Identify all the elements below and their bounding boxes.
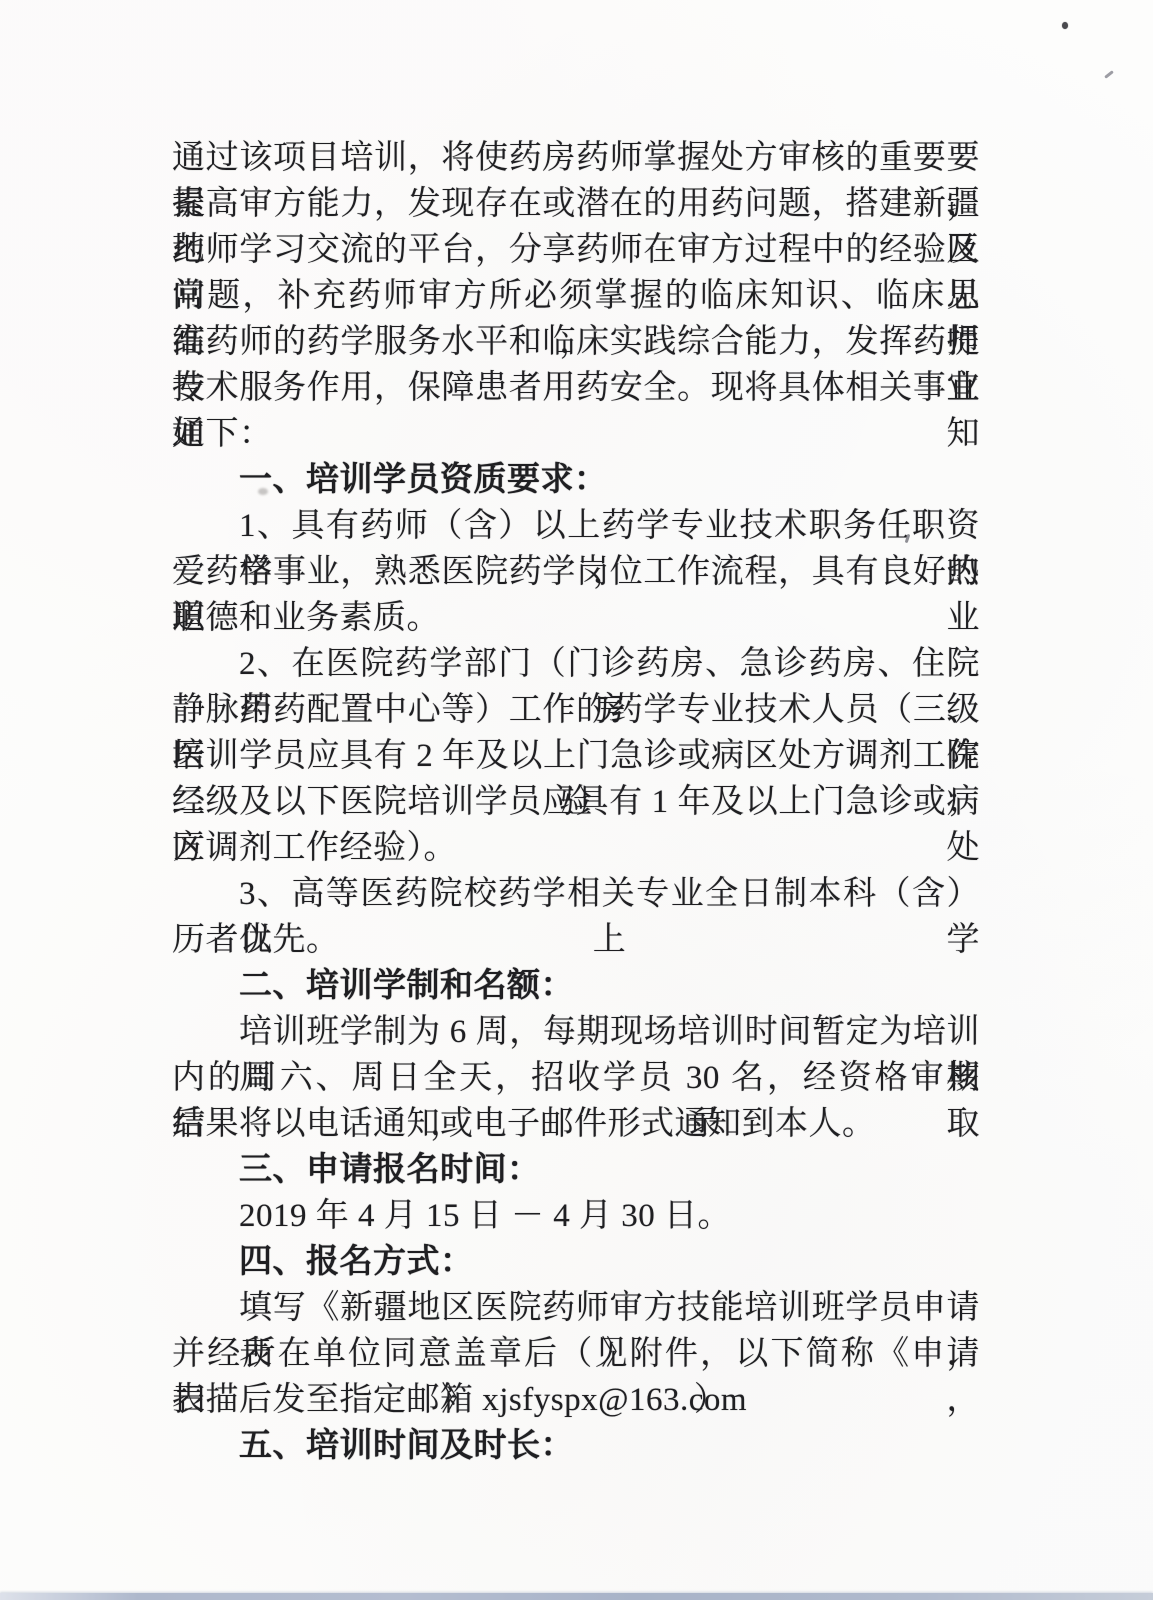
text-line: 静脉用药配置中心等）工作的药学专业技术人员（三级医院 (172, 687, 980, 733)
text-line: 爱药学事业，熟悉医院药学岗位工作流程，具有良好的职业 (172, 549, 980, 595)
text-line: 药师学习交流的平台，分享药师在审方过程中的经验及常见 (172, 227, 980, 273)
scan-speck-dot (1062, 22, 1068, 29)
text-line: 二级及以下医院培训学员应具有 1 年及以上门急诊或病区处 (172, 779, 980, 825)
heading-line: 三、申请报名时间： (172, 1147, 980, 1193)
text-line: 1、具有药师（含）以上药学专业技术职务任职资格，热 (172, 503, 980, 549)
text-line: 培训学员应具有 2 年及以上门急诊或病区处方调剂工作经验； (172, 733, 980, 779)
text-block: 通过该项目培训，将使药房药师掌握处方审核的重要要素，提高审方能力，发现存在或潜在… (172, 135, 980, 1469)
text-line: 培训班学制为 6 周，每期现场培训时间暂定为培训周期 (172, 1009, 980, 1055)
text-line: 通过该项目培训，将使药房药师掌握处方审核的重要要素， (172, 135, 980, 181)
heading-line: 五、培训时间及时长： (172, 1423, 980, 1469)
scan-bottom-edge (0, 1593, 1153, 1600)
text-line: 填写《新疆地区医院药师审方技能培训班学员申请表》， (172, 1285, 980, 1331)
scan-speck-smudge (258, 488, 268, 495)
scan-speck-slash (1104, 70, 1114, 79)
heading-line: 四、报名方式： (172, 1239, 980, 1285)
text-line: 3、高等医药院校药学相关专业全日制本科（含）以上学 (172, 871, 980, 917)
text-line: 提高审方能力，发现存在或潜在的用药问题，搭建新疆地区 (172, 181, 980, 227)
text-line: 内的周六、周日全天，招收学员 30 名，经资格审核后，录取 (172, 1055, 980, 1101)
text-line: 2、在医院药学部门（门诊药房、急诊药房、住院药房、 (172, 641, 980, 687)
text-line: 问题，补充药师审方所必须掌握的临床知识、临床思维，提 (172, 273, 980, 319)
text-line: 2019 年 4 月 15 日 － 4 月 30 日。 (172, 1193, 980, 1239)
text-line: 技术服务作用，保障患者用药安全。现将具体相关事宜通知 (172, 365, 980, 411)
text-line: 结果将以电话通知或电子邮件形式通知到本人。 (172, 1101, 980, 1147)
heading-line: 一、培训学员资质要求： (172, 457, 980, 503)
document-page: 通过该项目培训，将使药房药师掌握处方审核的重要要素，提高审方能力，发现存在或潜在… (0, 0, 1153, 1600)
heading-line: 二、培训学制和名额： (172, 963, 980, 1009)
text-line: 高药师的药学服务水平和临床实践综合能力，发挥药师专业 (172, 319, 980, 365)
text-line: 并经所在单位同意盖章后（见附件，以下简称《申请表》）， (172, 1331, 980, 1377)
